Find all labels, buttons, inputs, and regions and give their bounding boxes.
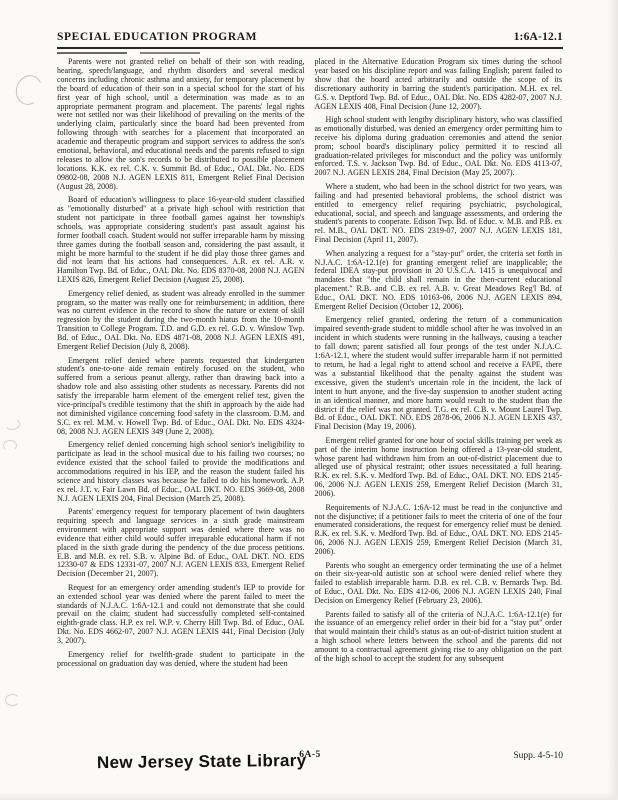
paragraph: Parents failed to satisfy all of the cri…	[315, 611, 563, 664]
scan-edge-shading	[0, 792, 618, 800]
paragraph: Emergent relief denied where parents req…	[57, 357, 305, 437]
page-number: 6A-5	[57, 750, 563, 760]
scan-edge-shading	[608, 0, 618, 800]
pen-mark	[4, 418, 20, 430]
paragraph: High school student with lengthy discipl…	[315, 116, 563, 178]
paragraph: Emergency relief granted, ordering the r…	[315, 316, 563, 432]
paragraph: Parents' emergency request for temporary…	[57, 508, 305, 579]
supplement-date: Supp. 4-5-10	[513, 751, 563, 761]
pen-mark	[12, 72, 46, 109]
pen-mark	[3, 440, 17, 451]
paragraph: Emergency relief denied concerning high …	[57, 441, 305, 503]
header-rule-mark	[57, 52, 127, 54]
paragraph: Parents were not granted relief on behal…	[57, 58, 305, 192]
paragraph: Where a student, who had been in the sch…	[315, 183, 563, 245]
pen-mark	[5, 694, 20, 706]
left-column: Parents were not granted relief on behal…	[57, 58, 305, 748]
text-columns: Parents were not granted relief on behal…	[57, 58, 562, 748]
page-footer: New Jersey State Library 6A-5 Supp. 4-5-…	[57, 750, 563, 784]
paragraph: Request for an emergency order amending …	[57, 584, 305, 646]
right-column: placed in the Alternative Education Prog…	[315, 58, 563, 748]
paragraph-continuation: placed in the Alternative Education Prog…	[315, 58, 563, 111]
paragraph: Emergency relief denied, as student was …	[57, 290, 305, 352]
paragraph: Emergent relief granted for one hour of …	[315, 437, 563, 499]
paragraph: When analyzing a request for a "stay-put…	[315, 250, 563, 312]
paragraph: Emergency relief for twelfth-grade stude…	[57, 651, 305, 669]
paragraph: Parents who sought an emergency order te…	[315, 562, 563, 607]
paragraph: Board of education's willingness to plac…	[57, 196, 305, 285]
page-title: SPECIAL EDUCATION PROGRAM	[57, 31, 257, 43]
header-rule	[57, 47, 563, 49]
document-page: SPECIAL EDUCATION PROGRAM 1:6A-12.1 Pare…	[0, 0, 618, 800]
page-header: SPECIAL EDUCATION PROGRAM 1:6A-12.1	[57, 31, 563, 43]
citation-number: 1:6A-12.1	[514, 31, 563, 43]
paragraph: Requirements of N.J.A.C. 1:6A-12 must be…	[315, 504, 563, 557]
header-rule-mark	[140, 52, 200, 54]
